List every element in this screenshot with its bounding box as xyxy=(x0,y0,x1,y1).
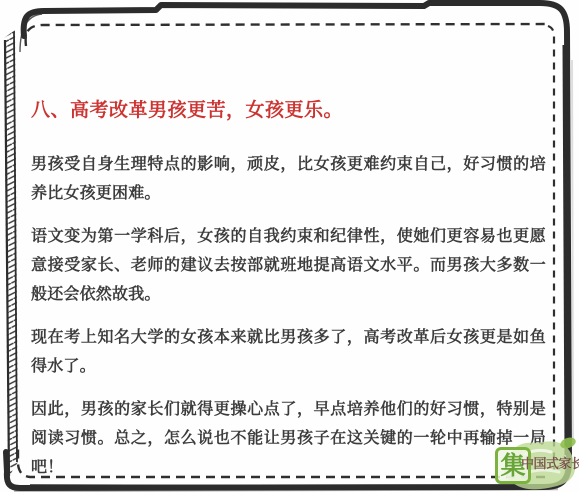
article-paragraph-3: 现在考上知名大学的女孩本来就比男孩多了，高考改革后女孩更是如鱼得水了。 xyxy=(31,322,546,380)
article-paragraph-2: 语文变为第一学科后，女孩的自我约束和纪律性，使她们更容易也更愿意接受家长、老师的… xyxy=(31,221,546,308)
article-screenshot: { "window": { "width": 579, "height": 49… xyxy=(0,0,579,492)
watermark: 集 中国式家长 xyxy=(467,434,579,492)
watermark-label: 中国式家长 xyxy=(521,453,579,472)
frame-dashed-border-right xyxy=(548,26,554,470)
frame-dashed-border-top xyxy=(26,24,546,46)
article-heading: 八、高考改革男孩更苦，女孩更乐。 xyxy=(31,99,546,122)
article-paragraph-1: 男孩受自身生理特点的影响，顽皮，比女孩更难约束自己，好习惯的培养比女孩更困难。 xyxy=(31,149,546,207)
